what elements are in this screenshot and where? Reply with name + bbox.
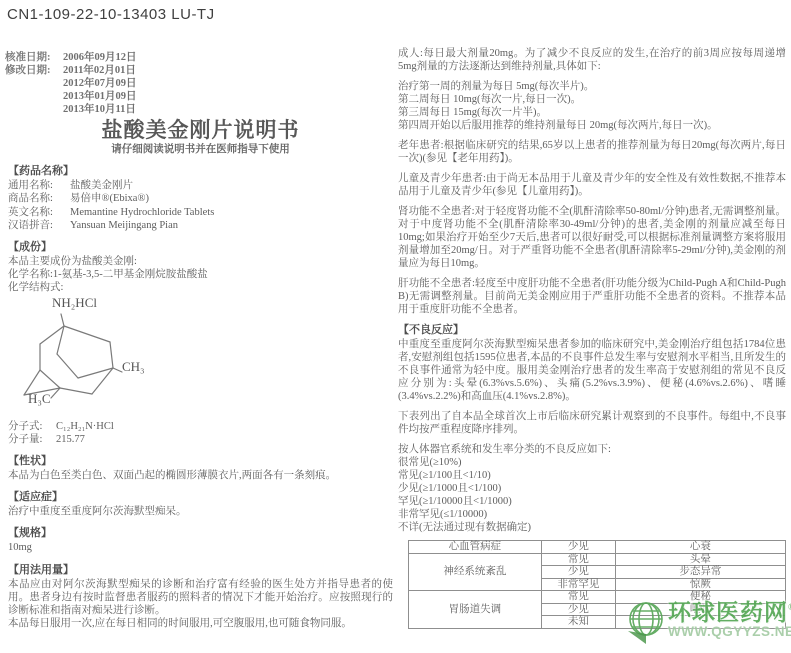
dosage-paragraph: 本品应由对阿尔茨海默型痴呆的诊断和治疗富有经验的医生处方并指导患者的使用。患者身… bbox=[8, 578, 393, 618]
weight-label: 分子量: bbox=[8, 433, 56, 446]
field-value: 易倍申®(Ebixa®) bbox=[70, 192, 149, 205]
frequency-cell: 少见 bbox=[541, 541, 615, 554]
right-column: 成人:每日最大剂量20mg。为了减少不良反应的发生,在治疗的前3周应按每周递增5… bbox=[398, 47, 786, 629]
revision-date-row: 2013年10月11日 bbox=[5, 103, 137, 116]
section-heading: 【用法用量】 bbox=[8, 563, 393, 578]
hepatic-paragraph: 肝功能不全患者:轻度至中度肝功能不全患者(肝功能分级为Child-Pugh A和… bbox=[398, 277, 786, 316]
molecular-weight-row: 分子量: 215.77 bbox=[8, 433, 393, 446]
frequency-level: 罕见(≥1/10000且<1/1000) bbox=[398, 495, 786, 508]
event-cell: 心衰 bbox=[615, 541, 785, 554]
name-row: 通用名称: 盐酸美金刚片 bbox=[8, 179, 393, 192]
section-description: 【性状】 本品为白色至类白色、双面凸起的椭圆形薄膜衣片,两面各有一条刻痕。 bbox=[8, 454, 393, 482]
formula-value: C₁₂H₂₁N·HCl bbox=[56, 420, 114, 433]
approval-date-row: 核准日期: 2006年09月12日 bbox=[5, 51, 137, 64]
section-heading: 【药品名称】 bbox=[8, 164, 393, 179]
frequency-level: 很常见(≥10%) bbox=[398, 456, 786, 469]
titration-schedule: 治疗第一周的剂量为每日 5mg(每次半片)。 第二周每日 10mg(每次一片,每… bbox=[398, 80, 786, 132]
frequency-cell: 常见 bbox=[541, 553, 615, 566]
titration-line: 第二周每日 10mg(每次一片,每日一次)。 bbox=[398, 93, 786, 106]
frequency-cell: 非常罕见 bbox=[541, 578, 615, 591]
event-cell: 步态异常 bbox=[615, 566, 785, 579]
page-title: 盐酸美金刚片说明书 bbox=[8, 118, 393, 142]
composition-line: 化学名称:1-氨基-3,5-二甲基金刚烷胺盐酸盐 bbox=[8, 268, 393, 281]
adult-dosage-paragraph: 成人:每日最大剂量20mg。为了减少不良反应的发生,在治疗的前3周应按每周递增5… bbox=[398, 47, 786, 73]
dosage-paragraph: 本品每日服用一次,应在每日相同的时间服用,可空腹服用,也可随食物同服。 bbox=[8, 617, 393, 630]
revision-date-value: 2012年07月09日 bbox=[63, 77, 137, 90]
name-row: 英文名称: Memantine Hydrochloride Tablets bbox=[8, 206, 393, 219]
revision-date-label: 修改日期: bbox=[5, 64, 63, 77]
revision-date-value: 2013年10月11日 bbox=[63, 103, 136, 116]
molecular-formula-row: 分子式: C₁₂H₂₁N·HCl bbox=[8, 420, 393, 433]
section-drug-name: 【药品名称】 通用名称: 盐酸美金刚片 商品名称: 易倍申®(Ebixa®) 英… bbox=[8, 164, 393, 232]
field-label: 汉语拼音: bbox=[8, 219, 70, 232]
section-indication: 【适应症】 治疗中重度至重度阿尔茨海默型痴呆。 bbox=[8, 490, 393, 518]
event-cell: 头晕 bbox=[615, 553, 785, 566]
titration-line: 第三周每日 15mg(每次一片半)。 bbox=[398, 106, 786, 119]
titration-line: 第四周开始以后服用推荐的维持剂量每日 20mg(每次两片,每日一次)。 bbox=[398, 119, 786, 132]
section-dosage: 【用法用量】 本品应由对阿尔茨海默型痴呆的诊断和治疗富有经验的医生处方并指导患者… bbox=[8, 563, 393, 631]
globe-icon bbox=[624, 599, 666, 645]
adamantane-skeleton-drawing bbox=[16, 300, 166, 412]
weight-value: 215.77 bbox=[56, 433, 85, 446]
frequency-level: 非常罕见(≤1/10000) bbox=[398, 508, 786, 521]
organ-system-cell: 心血管病症 bbox=[409, 541, 542, 554]
revision-date-value: 2013年01月09日 bbox=[63, 90, 137, 103]
children-paragraph: 儿童及青少年患者:由于尚无本品用于儿童及青少年的安全性及有效性数据,不推荐本品用… bbox=[398, 172, 786, 198]
field-label: 通用名称: bbox=[8, 179, 70, 192]
chemical-structure: NH₂HCl CH₃ H₃C bbox=[16, 300, 226, 418]
section-strength: 【规格】 10mg bbox=[8, 526, 393, 554]
composition-line: 本品主要成份为盐酸美金刚: bbox=[8, 255, 393, 268]
section-heading: 【成份】 bbox=[8, 240, 393, 255]
field-value: Memantine Hydrochloride Tablets bbox=[70, 206, 214, 219]
revision-date-value: 2011年02月01日 bbox=[63, 64, 136, 77]
revision-date-row: 修改日期: 2011年02月01日 bbox=[5, 64, 137, 77]
titration-line: 治疗第一周的剂量为每日 5mg(每次半片)。 bbox=[398, 80, 786, 93]
indication-text: 治疗中重度至重度阿尔茨海默型痴呆。 bbox=[8, 505, 393, 518]
table-row: 心血管病症 少见 心衰 bbox=[409, 541, 786, 554]
adverse-paragraph-2: 下表列出了自本品全球首次上市后临床研究累计观察到的不良事件。每组中,不良事件均按… bbox=[398, 410, 786, 436]
section-heading: 【性状】 bbox=[8, 454, 393, 469]
frequency-cell: 少见 bbox=[541, 566, 615, 579]
frequency-level: 常见(≥1/100且<1/10) bbox=[398, 469, 786, 482]
section-composition: 【成份】 本品主要成份为盐酸美金刚: 化学名称:1-氨基-3,5-二甲基金刚烷胺… bbox=[8, 240, 393, 446]
frequency-definitions: 很常见(≥10%) 常见(≥1/100且<1/10) 少见(≥1/1000且<1… bbox=[398, 456, 786, 534]
field-value: Yansuan Meijingang Pian bbox=[70, 219, 178, 232]
name-row: 汉语拼音: Yansuan Meijingang Pian bbox=[8, 219, 393, 232]
elderly-paragraph: 老年患者:根据临床研究的结果,65岁以上患者的推荐剂量为每日20mg(每次两片,… bbox=[398, 139, 786, 165]
frequency-cell: 常见 bbox=[541, 591, 615, 604]
event-cell: 惊厥 bbox=[615, 578, 785, 591]
revision-date-row: 2013年01月09日 bbox=[5, 90, 137, 103]
watermark-site-name: 环球医药网® bbox=[668, 595, 791, 625]
section-heading: 【规格】 bbox=[8, 526, 393, 541]
formula-label: 分子式: bbox=[8, 420, 56, 433]
site-watermark: 环球医药网® WWW.QGYYZS.NET bbox=[624, 595, 791, 645]
page-subtitle: 请仔细阅读说明书并在医师指导下使用 bbox=[8, 143, 393, 156]
approval-date-label: 核准日期: bbox=[5, 51, 63, 64]
description-text: 本品为白色至类白色、双面凸起的椭圆形薄膜衣片,两面各有一条刻痕。 bbox=[8, 469, 393, 482]
organ-system-cell: 神经系统紊乱 bbox=[409, 553, 542, 591]
field-value: 盐酸美金刚片 bbox=[70, 179, 133, 192]
drug-insert-page: CN1-109-22-10-13403 LU-TJ 核准日期: 2006年09月… bbox=[0, 0, 791, 653]
approval-dates-block: 核准日期: 2006年09月12日 修改日期: 2011年02月01日 2012… bbox=[5, 51, 137, 116]
frequency-cell: 少见 bbox=[541, 603, 615, 616]
frequency-cell: 未知 bbox=[541, 616, 615, 629]
revision-date-row: 2012年07月09日 bbox=[5, 77, 137, 90]
watermark-name-text: 环球医药网 bbox=[668, 600, 788, 625]
renal-paragraph: 肾功能不全患者:对于轻度肾功能不全(肌酐清除率50-80ml/分钟)患者,无需调… bbox=[398, 205, 786, 270]
table-row: 神经系统紊乱 常见 头晕 bbox=[409, 553, 786, 566]
frequency-intro: 按人体器官系统和发生率分类的不良反应如下: bbox=[398, 443, 786, 456]
field-label: 商品名称: bbox=[8, 192, 70, 205]
frequency-level: 少见(≥1/1000且<1/100) bbox=[398, 482, 786, 495]
document-code: CN1-109-22-10-13403 LU-TJ bbox=[7, 6, 215, 23]
section-heading: 【适应症】 bbox=[8, 490, 393, 505]
organ-system-cell: 胃肠道失调 bbox=[409, 591, 542, 629]
name-row: 商品名称: 易倍申®(Ebixa®) bbox=[8, 192, 393, 205]
composition-line: 化学结构式: bbox=[8, 281, 393, 294]
left-column: 盐酸美金刚片说明书 请仔细阅读说明书并在医师指导下使用 【药品名称】 通用名称:… bbox=[8, 118, 393, 630]
strength-text: 10mg bbox=[8, 541, 393, 554]
watermark-site-url: WWW.QGYYZS.NET bbox=[668, 625, 791, 639]
adverse-paragraph-1: 中重度至重度阿尔茨海默型痴呆患者参加的临床研究中,美金刚治疗组包括1784位患者… bbox=[398, 338, 786, 403]
watermark-text-block: 环球医药网® WWW.QGYYZS.NET bbox=[668, 595, 791, 639]
adverse-reactions-heading: 【不良反应】 bbox=[398, 323, 786, 338]
field-label: 英文名称: bbox=[8, 206, 70, 219]
frequency-level: 不详(无法通过现有数据确定) bbox=[398, 521, 786, 534]
approval-date-value: 2006年09月12日 bbox=[63, 51, 137, 64]
